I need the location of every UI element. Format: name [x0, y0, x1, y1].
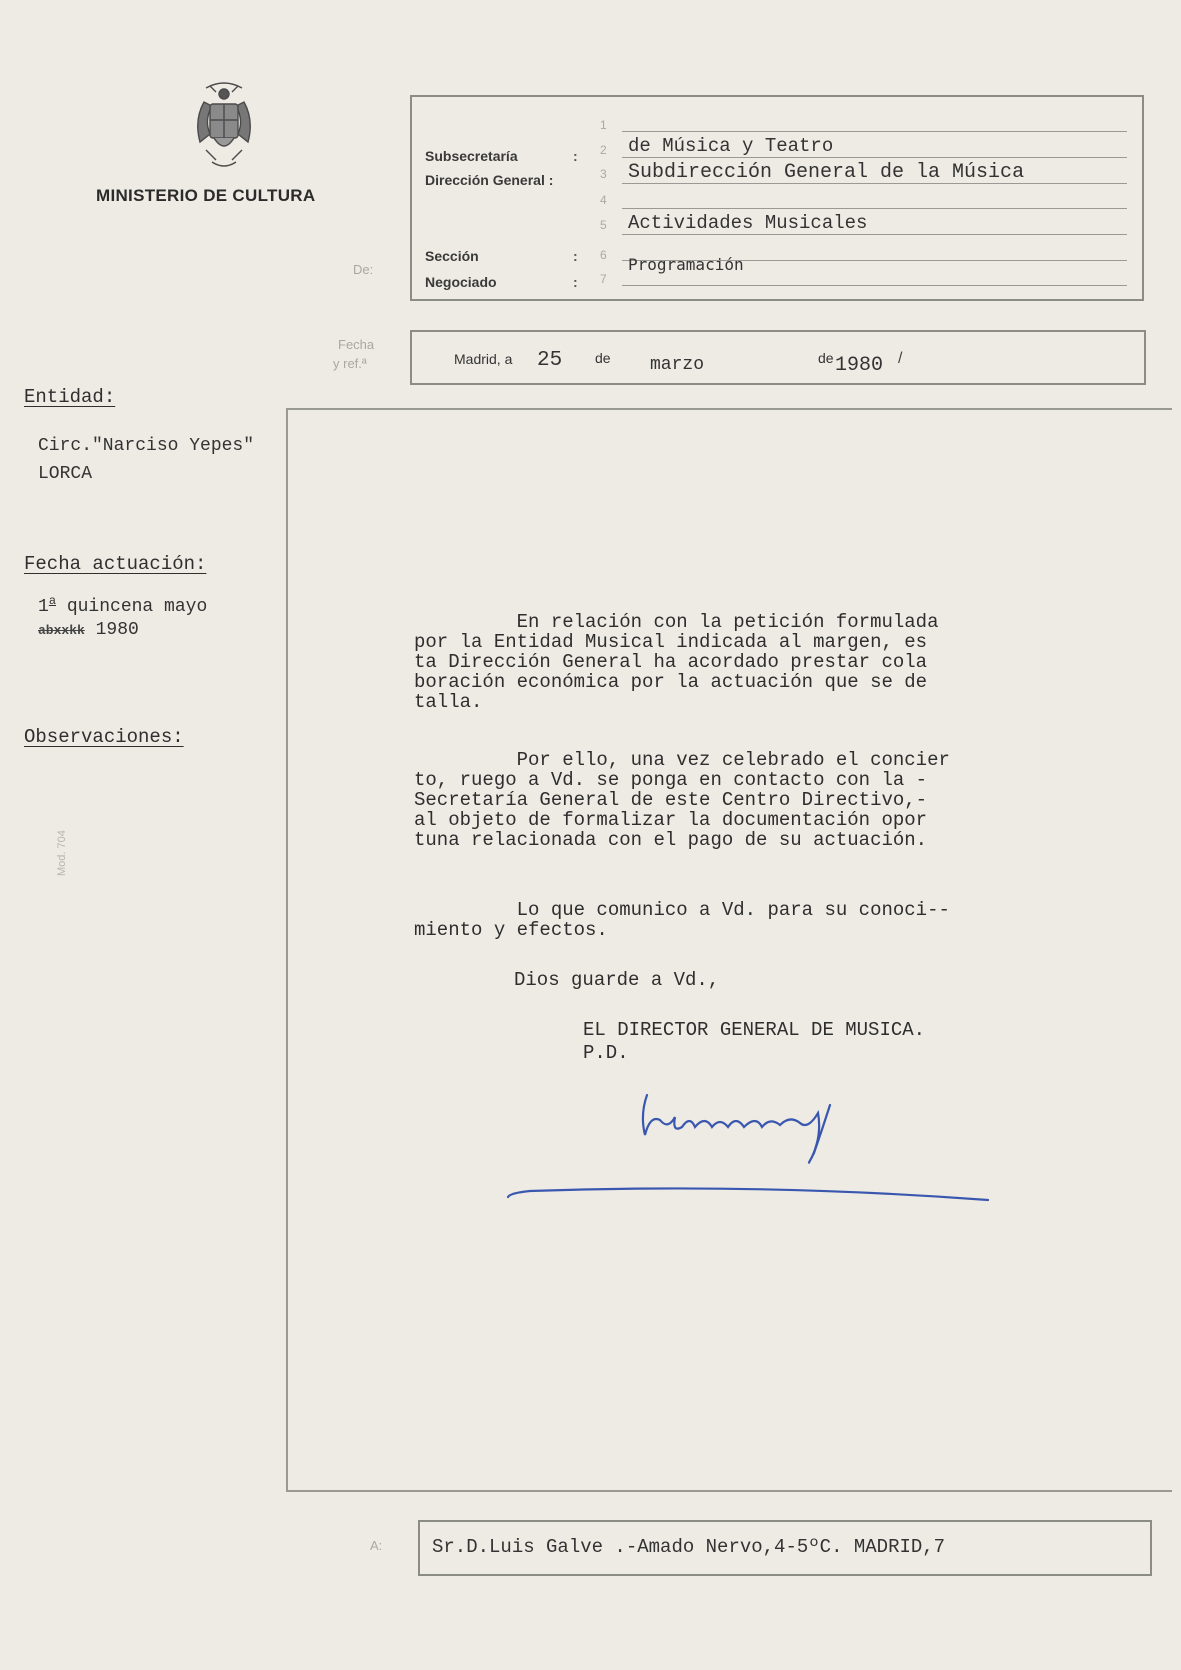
date-year: 1980	[835, 354, 883, 377]
body-frame-left	[286, 408, 288, 1492]
line-number: 5	[600, 218, 607, 232]
line-number: 1	[600, 118, 607, 132]
date-de: de	[595, 350, 611, 366]
line-number: 3	[600, 167, 607, 181]
form-line	[622, 157, 1127, 158]
line-number: 2	[600, 143, 607, 157]
section-activity-value: Actividades Musicales	[628, 212, 867, 234]
seccion-label: Sección	[425, 248, 479, 264]
date-day: 25	[537, 349, 562, 372]
date-box	[410, 330, 1146, 385]
colon: :	[573, 148, 578, 164]
addressee-label: A:	[370, 1538, 382, 1553]
date-de: de	[818, 350, 834, 366]
ref-mark: /	[898, 350, 902, 368]
ref-label: y ref.ª	[333, 356, 367, 371]
addressee-value: Sr.D.Luis Galve .-Amado Nervo,4-5ºC. MAD…	[432, 1536, 945, 1558]
line-number: 6	[600, 248, 607, 262]
direccion-general-label: Dirección General :	[425, 172, 553, 188]
entidad-heading: Entidad:	[24, 386, 115, 408]
signatory-pd: P.D.	[583, 1043, 1181, 1063]
line-number: 7	[600, 272, 607, 286]
form-line	[622, 208, 1127, 209]
body-frame-bottom	[286, 1490, 1172, 1492]
form-code: Mod. 704	[56, 830, 68, 876]
fecha-actuacion-line2: abxxkk 1980	[38, 620, 139, 640]
fecha-actuacion-line1: 1a quincena mayo	[38, 594, 207, 617]
paragraph-1: En relación con la petición formuladapor…	[414, 612, 1074, 712]
date-month: marzo	[650, 355, 704, 375]
form-line	[622, 285, 1127, 286]
body-frame-top	[286, 408, 1172, 410]
colon: :	[573, 274, 578, 290]
negociado-label: Negociado	[425, 274, 497, 290]
form-line	[622, 131, 1127, 132]
seccion-value: Programación	[628, 255, 744, 274]
line-number: 4	[600, 193, 607, 207]
subsecretaria-label: Subsecretaría	[425, 148, 518, 164]
entidad-city: LORCA	[38, 464, 92, 484]
colon: :	[573, 248, 578, 264]
subsecretaria-value: de Música y Teatro	[628, 135, 833, 157]
closing-line: Dios guarde a Vd.,	[514, 970, 1174, 990]
fecha-actuacion-heading: Fecha actuación:	[24, 553, 206, 575]
direccion-general-value: Subdirección General de la Música	[628, 161, 1024, 184]
ministry-name: MINISTERIO DE CULTURA	[96, 186, 315, 206]
paragraph-2: Por ello, una vez celebrado el concierto…	[414, 750, 1074, 850]
signatory-title: EL DIRECTOR GENERAL DE MUSICA.	[583, 1020, 1181, 1040]
coat-of-arms-icon	[186, 80, 262, 170]
handwritten-signature	[500, 1075, 1020, 1205]
origin-box	[410, 95, 1144, 301]
from-label: De:	[353, 262, 373, 277]
entidad-name: Circ."Narciso Yepes"	[38, 436, 254, 456]
date-place: Madrid, a	[454, 351, 512, 367]
date-label: Fecha	[338, 337, 374, 352]
form-line	[622, 234, 1127, 235]
paragraph-3: Lo que comunico a Vd. para su conoci--mi…	[414, 900, 1074, 940]
observaciones-heading: Observaciones:	[24, 726, 184, 748]
